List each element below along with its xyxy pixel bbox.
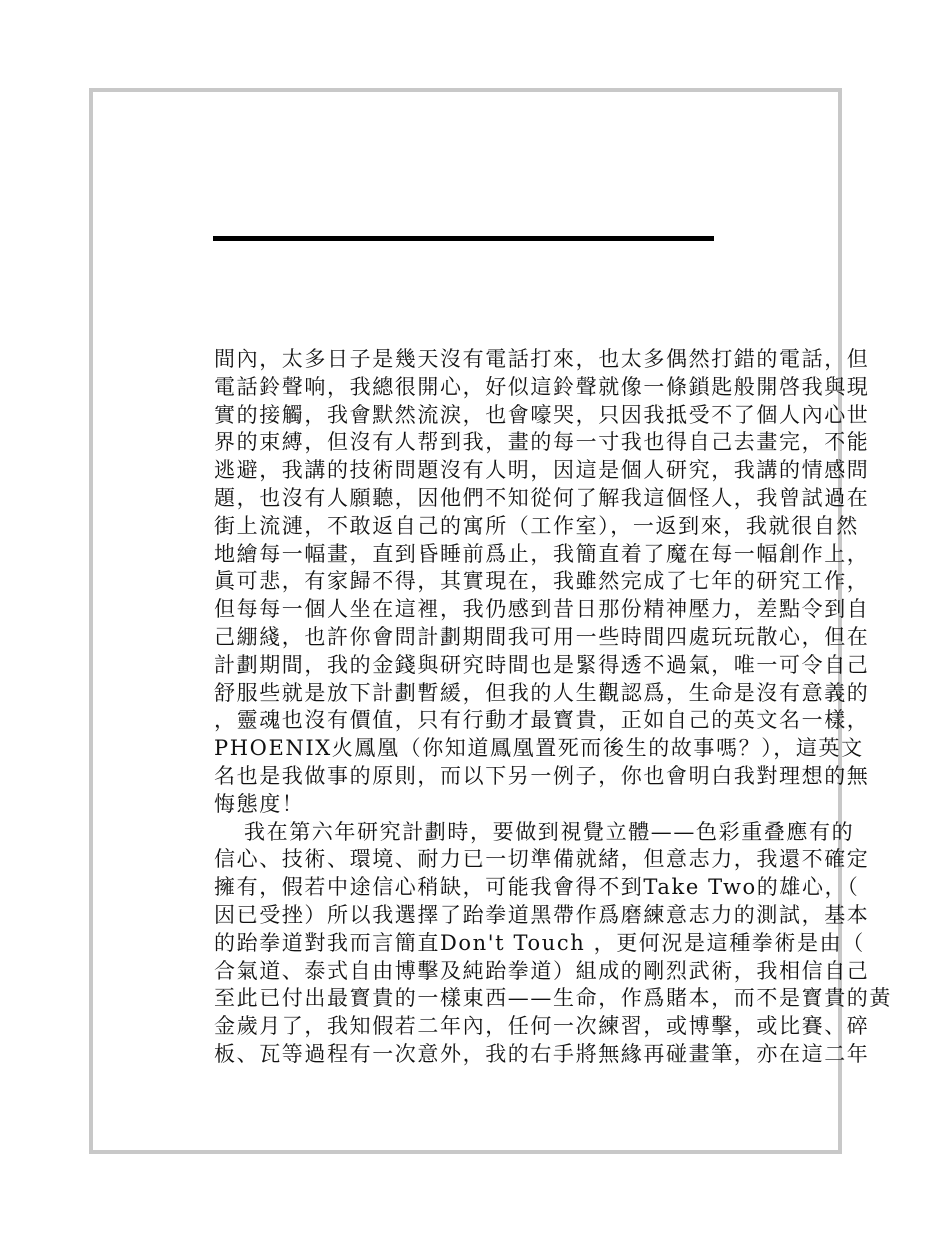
text-line: 界的束縛，但沒有人帮到我，畫的每一寸我也得自己去畫完，不能 — [214, 429, 744, 457]
text-line: 悔態度！ — [214, 791, 744, 819]
text-line: ，靈魂也沒有價值，只有行動才最寳貴，正如自己的英文名一樣， — [214, 707, 744, 735]
text-line: 我在第六年研究計劃時，要做到視覺立體——色彩重叠應有的 — [214, 819, 744, 847]
text-line: 實的接觸，我會默然流淚，也會嚎哭，只因我抵受不了個人內心世 — [214, 402, 744, 430]
text-line: PHOENIX火鳳凰（你知道鳳凰置死而後生的故事嗎？），這英文 — [214, 735, 744, 763]
text-line: 地繪每一幅畫，直到昏睡前爲止，我簡直着了魔在每一幅創作上， — [214, 541, 744, 569]
text-line: 間內，太多日子是幾天沒有電話打來，也太多偶然打錯的電話，但 — [214, 346, 744, 374]
text-line: 因已受挫）所以我選擇了跆拳道黑帶作爲磨練意志力的測試，基本 — [214, 902, 744, 930]
text-line: 至此已付出最寳貴的一樣東西——生命，作爲賭本，而不是寳貴的黃 — [214, 985, 744, 1013]
text-line: 金歲月了，我知假若二年內，任何一次練習，或博擊，或比賽、碎 — [214, 1013, 744, 1041]
text-line: 電話鈴聲响，我總很開心，好似這鈴聲就像一條鎖匙般開啓我與現 — [214, 374, 744, 402]
text-line: 合氣道、泰式自由博擊及純跆拳道）組成的剛烈武術，我相信自己 — [214, 958, 744, 986]
horizontal-rule — [213, 236, 714, 241]
text-line: 眞可悲，有家歸不得，其實現在，我雖然完成了七年的研究工作， — [214, 568, 744, 596]
paragraph-2: 我在第六年研究計劃時，要做到視覺立體——色彩重叠應有的 信心、技術、環境、耐力已… — [214, 819, 744, 1069]
text-line: 板、瓦等過程有一次意外，我的右手將無緣再碰畫筆，亦在這二年 — [214, 1041, 744, 1069]
text-line: 己綳綫，也許你會問計劃期間我可用一些時間四處玩玩散心，但在 — [214, 624, 744, 652]
text-line: 的跆拳道對我而言簡直Don't Touch ，更何況是這種拳術是由（ — [214, 930, 744, 958]
paragraph-1: 間內，太多日子是幾天沒有電話打來，也太多偶然打錯的電話，但 電話鈴聲响，我總很開… — [214, 346, 744, 819]
text-line: 逃避，我講的技術問題沒有人明，因這是個人研究，我講的情感問 — [214, 457, 744, 485]
text-line: 題，也沒有人願聽，因他們不知從何了解我這個怪人，我曾試過在 — [214, 485, 744, 513]
body-text: 間內，太多日子是幾天沒有電話打來，也太多偶然打錯的電話，但 電話鈴聲响，我總很開… — [214, 346, 744, 1069]
text-line: 名也是我做事的原則，而以下另一例子，你也會明白我對理想的無 — [214, 763, 744, 791]
text-line: 舒服些就是放下計劃暫緩，但我的人生觀認爲，生命是沒有意義的 — [214, 680, 744, 708]
text-line: 街上流漣，不敢返自己的寓所（工作室），一返到來，我就很自然 — [214, 513, 744, 541]
text-line: 信心、技術、環境、耐力已一切準備就緒，但意志力，我還不確定 — [214, 846, 744, 874]
text-line: 但每每一個人坐在這裡，我仍感到昔日那份精神壓力，差點令到自 — [214, 596, 744, 624]
text-line: 計劃期間，我的金錢與研究時間也是緊得透不過氣，唯一可令自己 — [214, 652, 744, 680]
text-line: 擁有，假若中途信心稍缺，可能我會得不到Take Two的雄心，（ — [214, 874, 744, 902]
